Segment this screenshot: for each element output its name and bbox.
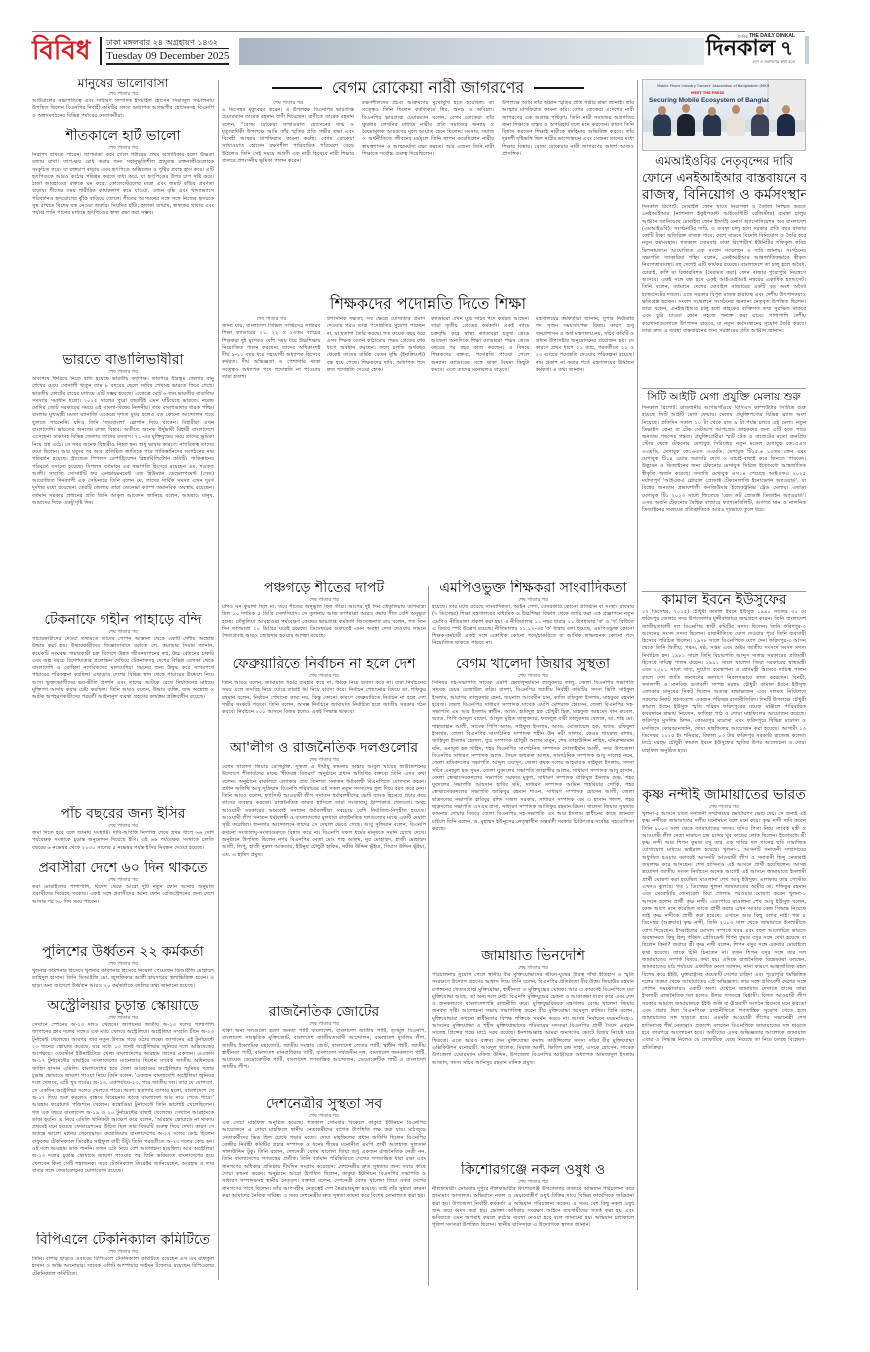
headline: শিক্ষকদের পদোন্নতি দিতে শিক্ষা: [222, 294, 634, 314]
headline: পঞ্চগড়ে শীতের দাপট: [222, 580, 426, 597]
continued-label: শেষ পাতার পর: [32, 369, 214, 376]
continued-label: শেষ পাতার পর: [32, 961, 214, 968]
article-ec: পাঁচ বছরের জন্য ইসির শেষ পাতার পর জমা দি…: [32, 806, 214, 860]
article-body: রক্ষণশীলদের প্রচণ্ড আক্রমণের মুখোমুখি হত…: [362, 100, 494, 303]
text-column: মন্ত্রণালয়ের কর্মকর্তারা জানান, সুপার ন…: [536, 316, 635, 581]
article-body: ৯ ডিসেম্বর মৃত্যুবরণ করেন। এ উপলক্ষে বিএ…: [222, 107, 354, 303]
article-australia: অস্ট্রেলিয়ার চূড়ান্ত স্কোয়াডে শেষ পাত…: [32, 998, 214, 1232]
article-alig: আ'লীগ ও রাজনৈতিক দলগুলোর শেষ পাতার পর বে…: [222, 740, 426, 1004]
article-body: তিনি। বাশার ছাড়াও এবারের বিপিএলে টেকনিক…: [32, 1256, 214, 1280]
banner-org: Mobile Phone Industry Owners' Associatio…: [657, 84, 771, 88]
brand-logo: দিনকাল: [706, 37, 775, 59]
article-panchagarh: পঞ্চগড়ে শীতের দাপট শেষ পাতার পর যদিও ঘন…: [222, 580, 426, 656]
continued-label: শেষ পাতার পর: [222, 597, 426, 604]
person-figure: [703, 114, 721, 136]
headline: এমপিওভুক্ত শিক্ষকরা সাংবাদিকতা: [432, 580, 634, 597]
article-columns: শেষ পাতার পর জানা যায়, বাংলাদেশ সিভিল স…: [222, 316, 634, 581]
headline: কৃষ্ণ নন্দীই জামায়াতের ভারত: [642, 787, 806, 804]
article-body: পাচারকারীদের দেওয়া তথ্যমতে তাদের গোপন আ…: [32, 636, 214, 806]
article-bpl: বিপিএলে টেকনিক্যাল কমিটিতে শেষ পাতার পর …: [32, 1232, 214, 1280]
article-body: আউয়ালের সভাপতিত্বে এবং সাধারণ সম্পাদক ই…: [32, 98, 214, 128]
person-head: [658, 106, 666, 115]
text-column: শেষ পাতার পর ৯ ডিসেম্বর মৃত্যুবরণ করেন। …: [222, 100, 354, 303]
person-figure: [751, 114, 769, 136]
article-jamat-vindeshi: জামায়াত ভিনদেশি শেষ পাতার পর পরিচালনার …: [432, 948, 634, 1162]
headline: প্রবাসীরা দেশে ৬০ দিন থাকতে: [32, 860, 214, 877]
headline: ফোনে এনইআইআর বাস্তবায়নে বাড়বে: [642, 169, 806, 186]
masthead-gradient-band: [239, 38, 737, 65]
continued-label: শেষ পাতার পর: [32, 145, 214, 152]
article-body: সিনিয়র সহ-সভাপতি সাবেক এমপি হেলালুজ্জাম…: [432, 680, 634, 948]
article-body: ক্যাডাররা এখন যুগ্ম সচিব পদে কর্মরত আছেন…: [431, 316, 530, 581]
article-body: করা মোবাইলের পাশাপাশি, বিদেশ থেকে আরো দু…: [32, 884, 214, 944]
person-head: [708, 107, 716, 116]
center-left-subcolumn: পঞ্চগড়ে শীতের দাপট শেষ পাতার পর যদিও ঘন…: [222, 580, 426, 1300]
headline-rule-left: [272, 87, 322, 89]
text-column: প্রশাসনিক দক্ষতা; সব ক্ষেত্রে যোগ্যতার প…: [327, 316, 426, 581]
article-body: প্রশাসনিক দক্ষতা; সব ক্ষেত্রে যোগ্যতার প…: [327, 316, 426, 581]
article-body: নিরাপদ রাখতে পারেন। তাপমাত্রা কমে গেলে শ…: [32, 152, 214, 352]
article-kishoreganj: কিশোরগঞ্জে নকল ওষুধ ও শেষ পাতার পর নীলফা…: [432, 1162, 634, 1276]
page-number-bar: [805, 36, 809, 64]
article-krishna: কৃষ্ণ নন্দীই জামায়াতের ভারত শেষ পাতার প…: [642, 787, 806, 1151]
continued-label: শেষ পাতার পর: [642, 804, 806, 811]
person-head: [682, 104, 690, 113]
text-column: রক্ষণশীলদের প্রচণ্ড আক্রমণের মুখোমুখি হত…: [362, 100, 494, 303]
article-body: উপলক্ষে আমি তাঁর অম্লান স্মৃতির প্রতি গভ…: [502, 100, 634, 303]
article-khaleda: বেগম খালেদা জিয়ার সুস্থতা শেষ পাতার পর …: [432, 656, 634, 948]
article-body: যদিও ঘন কুয়াশা ছিল না, তবে শীতের অনুভূত…: [222, 604, 426, 656]
banner-title: Securing Mobile Ecosystem of Bangladesh: [649, 97, 782, 104]
text-column: ক্যাডাররা এখন যুগ্ম সচিব পদে কর্মরত আছেন…: [431, 316, 530, 581]
headline: শীতকালে হার্ট ভালো: [32, 128, 214, 145]
person-figure: [777, 114, 795, 136]
person-figure: [727, 114, 745, 136]
headline-line-2: রাজস্ব, বিনিয়োগ ও কর্মসংস্থান: [642, 186, 806, 204]
continued-label: শেষ পাতার পর: [432, 597, 634, 604]
text-column: উপলক্ষে আমি তাঁর অম্লান স্মৃতির প্রতি গভ…: [502, 100, 634, 303]
article-rajnoitik: রাজনৈতিক জোটের শেষ পাতার পর থাকা অন্য দল…: [222, 1004, 426, 1096]
article-body: সেখানে স্পেনের অ-২৩ দলও খেলবে। জাপানের জ…: [32, 1022, 214, 1232]
date-block: ঢাকা মঙ্গলবার ২৪ অগ্রহায়ণ ১৪৩২ Tuesday …: [100, 37, 229, 65]
article-body: দিনকাল রিপোর্ট: রাজধানীর আগারগাঁওয়ে বিস…: [642, 405, 806, 587]
continued-label: শেষ পাতার পর: [222, 100, 354, 107]
article-teknaf: টেকনাফে গহীন পাহাড়ে বন্দি শেষ পাতার পর …: [32, 612, 214, 806]
article-bharote: ভারতে বাঙালিভাষীরা শেষ পাতার পর অবশেষে ফ…: [32, 352, 214, 612]
continued-label: শেষ পাতার পর: [432, 673, 634, 680]
column-divider: [637, 80, 638, 1290]
article-body: এক দোয়া মাহফিল অনুষ্ঠিত হয়েছে। গতকাল স…: [222, 1120, 426, 1260]
column-divider: [428, 586, 429, 1286]
article-body: নীলফামারী। সোমবার দুপুরে নীলফামারীর কিশো…: [432, 1186, 634, 1276]
person-figure: [653, 114, 671, 136]
headline: পুলিশের উর্ধ্বতন ২২ কর্মকর্তা: [32, 944, 214, 961]
continued-label: শেষ পাতার পর: [32, 1015, 214, 1022]
headline: মানুষের ভালোবাসা: [32, 76, 214, 91]
date-bengali: ঢাকা মঙ্গলবার ২৪ অগ্রহায়ণ ১৪৩২: [106, 37, 229, 49]
continued-label: শেষ পাতার পর: [222, 1021, 426, 1028]
article-sheetkale: শীতকালে হার্ট ভালো শেষ পাতার পর নিরাপদ র…: [32, 128, 214, 352]
page-number: ৭: [780, 34, 793, 67]
headline: ভারতে বাঙালিভাষীরা: [32, 352, 214, 369]
article-body: জমা দিতে হবে বলে জানায় সংস্থাটি। দাবি-আ…: [32, 830, 214, 860]
column-divider: [218, 80, 219, 1280]
masthead: বিবিধ ঢাকা মঙ্গলবার ২৪ অগ্রহায়ণ ১৪৩২ Tu…: [32, 31, 805, 65]
center-right-subcolumn: এমপিওভুক্ত শিক্ষকরা সাংবাদিকতা শেষ পাতার…: [432, 580, 634, 1300]
person-head: [756, 106, 764, 115]
headline: বেগম খালেদা জিয়ার সুস্থতা: [432, 656, 634, 673]
person-figure: [677, 114, 695, 136]
person-head: [732, 105, 740, 114]
headline: অস্ট্রেলিয়ার চূড়ান্ত স্কোয়াডে: [32, 998, 214, 1015]
headline: আ'লীগ ও রাজনৈতিক দলগুলোর: [222, 740, 426, 757]
article-rokeya: বেগম রোকেয়া নারী জাগরণের শেষ পাতার পর ৯…: [222, 78, 634, 308]
headline: বেগম রোকেয়া নারী জাগরণের: [332, 78, 524, 98]
continued-label: শেষ পাতার পর: [222, 316, 321, 323]
article-body: থাকা অন্য দলগুলো হলো জনতা পার্টি বাংলাদে…: [222, 1028, 426, 1096]
article-lead-neir: এমআইওবির নেতৃবৃন্দের দাবি ফোনে এনইআইআর ব…: [642, 154, 806, 384]
article-police: পুলিশের উর্ধ্বতন ২২ কর্মকর্তা শেষ পাতার …: [32, 944, 214, 998]
article-body: অবশেষে ফিরিয়ে নিতে বাধ্য হয়েছে ভারতীয়…: [32, 376, 214, 612]
article-teachers: শিক্ষকদের পদোন্নতি দিতে শিক্ষা শেষ পাতার…: [222, 294, 634, 584]
article-body: খুলনা-৫ আসনে যাতে সনাতনী সম্প্রদায়ের ভো…: [642, 811, 806, 1151]
article-deshnetri: দেশনেত্রীর সুস্থতা সব শেষ পাতার পর এক দো…: [222, 1096, 426, 1260]
article-kamal: কামাল ইবনে ইউসুফের ১৭ ডিসেম্বর, ২০১৫) চৌ…: [642, 591, 806, 787]
date-english: Tuesday 09 December 2025: [106, 49, 229, 65]
news-photo-press-conference: Mobile Phone Industry Owners' Associatio…: [642, 79, 806, 151]
continued-label: শেষ পাতার পর: [222, 757, 426, 764]
article-body: ১৭ ডিসেম্বর, ২০১৫) চৌধুরী কামাল ইবনে ইউস…: [642, 609, 806, 787]
headline: দেশনেত্রীর সুস্থতা সব: [222, 1096, 426, 1113]
right-column: এমআইওবির নেতৃবৃন্দের দাবি ফোনে এনইআইআর ব…: [642, 154, 806, 1304]
headline: ফেব্রুয়ারিতে নির্বাচন না হলে দেশ: [222, 656, 426, 673]
article-body: হয়েছে। তার মধ্যে রয়েছে সাংবাদিকতা, আইন…: [432, 604, 634, 656]
article-february: ফেব্রুয়ারিতে নির্বাচন না হলে দেশ শেষ পা…: [222, 656, 426, 740]
continued-label: শেষ পাতার পর: [432, 965, 634, 972]
continued-label: শেষ পাতার পর: [32, 823, 214, 830]
article-body: খুলনার কমিশনার হিসেবে খুলনার কমিশনার হিস…: [32, 968, 214, 998]
continued-label: শেষ পাতার পর: [32, 91, 214, 98]
section-logo: বিবিধ: [32, 36, 90, 66]
article-probashi: প্রবাসীরা দেশে ৬০ দিন থাকতে শেষ পাতার পর…: [32, 860, 214, 944]
person-head: [782, 105, 790, 114]
headline: কামাল ইবনে ইউসুফের: [642, 592, 806, 609]
headline-row: বেগম রোকেয়া নারী জাগরণের: [222, 78, 634, 98]
article-body: জানা যায়, বাংলাদেশ সিভিল সার্ভিসের সাধা…: [222, 323, 321, 581]
continued-label: শেষ পাতার পর: [32, 629, 214, 636]
article-mpo: এমপিওভুক্ত শিক্ষকরা সাংবাদিকতা শেষ পাতার…: [432, 580, 634, 656]
banner-event: MEET THE PRESS: [691, 91, 724, 95]
headline: কিশোরগঞ্জে নকল ওষুধ ও: [432, 1162, 634, 1179]
headline: বিপিএলে টেকনিক্যাল কমিটিতে: [32, 1232, 214, 1249]
headline: টেকনাফে গহীন পাহাড়ে বন্দি: [32, 612, 214, 629]
article-body: পরিচালনার সুযোগ পেলে স্থানীয় বীর মুক্তি…: [432, 972, 634, 1162]
continued-label: শেষ পাতার পর: [222, 1113, 426, 1120]
headline: জামায়াত ভিনদেশি: [432, 948, 634, 965]
article-body: তিনি আরও বলেন, জামায়াত ধর্মের ব্যবহার ক…: [222, 680, 426, 740]
text-column: শেষ পাতার পর জানা যায়, বাংলাদেশ সিভিল স…: [222, 316, 321, 581]
continued-label: শেষ পাতার পর: [432, 1179, 634, 1186]
kicker: এমআইওবির নেতৃবৃন্দের দাবি: [642, 154, 806, 169]
headline: পাঁচ বছরের জন্য ইসির: [32, 806, 214, 823]
article-manusher: মানুষের ভালোবাসা শেষ পাতার পর আউয়ালের স…: [32, 76, 214, 128]
article-body: বেগম খালেদা জিয়ার রোগমুক্তি, সুস্থতা ও …: [222, 764, 426, 1004]
article-body: দিনকাল রিপোর্ট: মোবাইল ফোন খাতে নিরাপত্ত…: [642, 204, 806, 384]
continued-label: শেষ পাতার পর: [32, 1249, 214, 1256]
continued-label: শেষ পাতার পর: [32, 877, 214, 884]
article-columns: শেষ পাতার পর ৯ ডিসেম্বর মৃত্যুবরণ করেন। …: [222, 100, 634, 303]
continued-label: শেষ পাতার পর: [222, 673, 426, 680]
article-body: মন্ত্রণালয়ের কর্মকর্তারা জানান, সুপার ন…: [536, 316, 635, 581]
headline: সিটি আইটি মেগা প্রযুক্তি মেলায় শুরু: [642, 389, 806, 405]
article-tech-fair: সিটি আইটি মেগা প্রযুক্তি মেলায় শুরু দিন…: [642, 388, 806, 587]
left-column: মানুষের ভালোবাসা শেষ পাতার পর আউয়ালের স…: [32, 76, 214, 1352]
headline-rule-right: [534, 87, 584, 89]
headline: রাজনৈতিক জোটের: [222, 1004, 426, 1021]
